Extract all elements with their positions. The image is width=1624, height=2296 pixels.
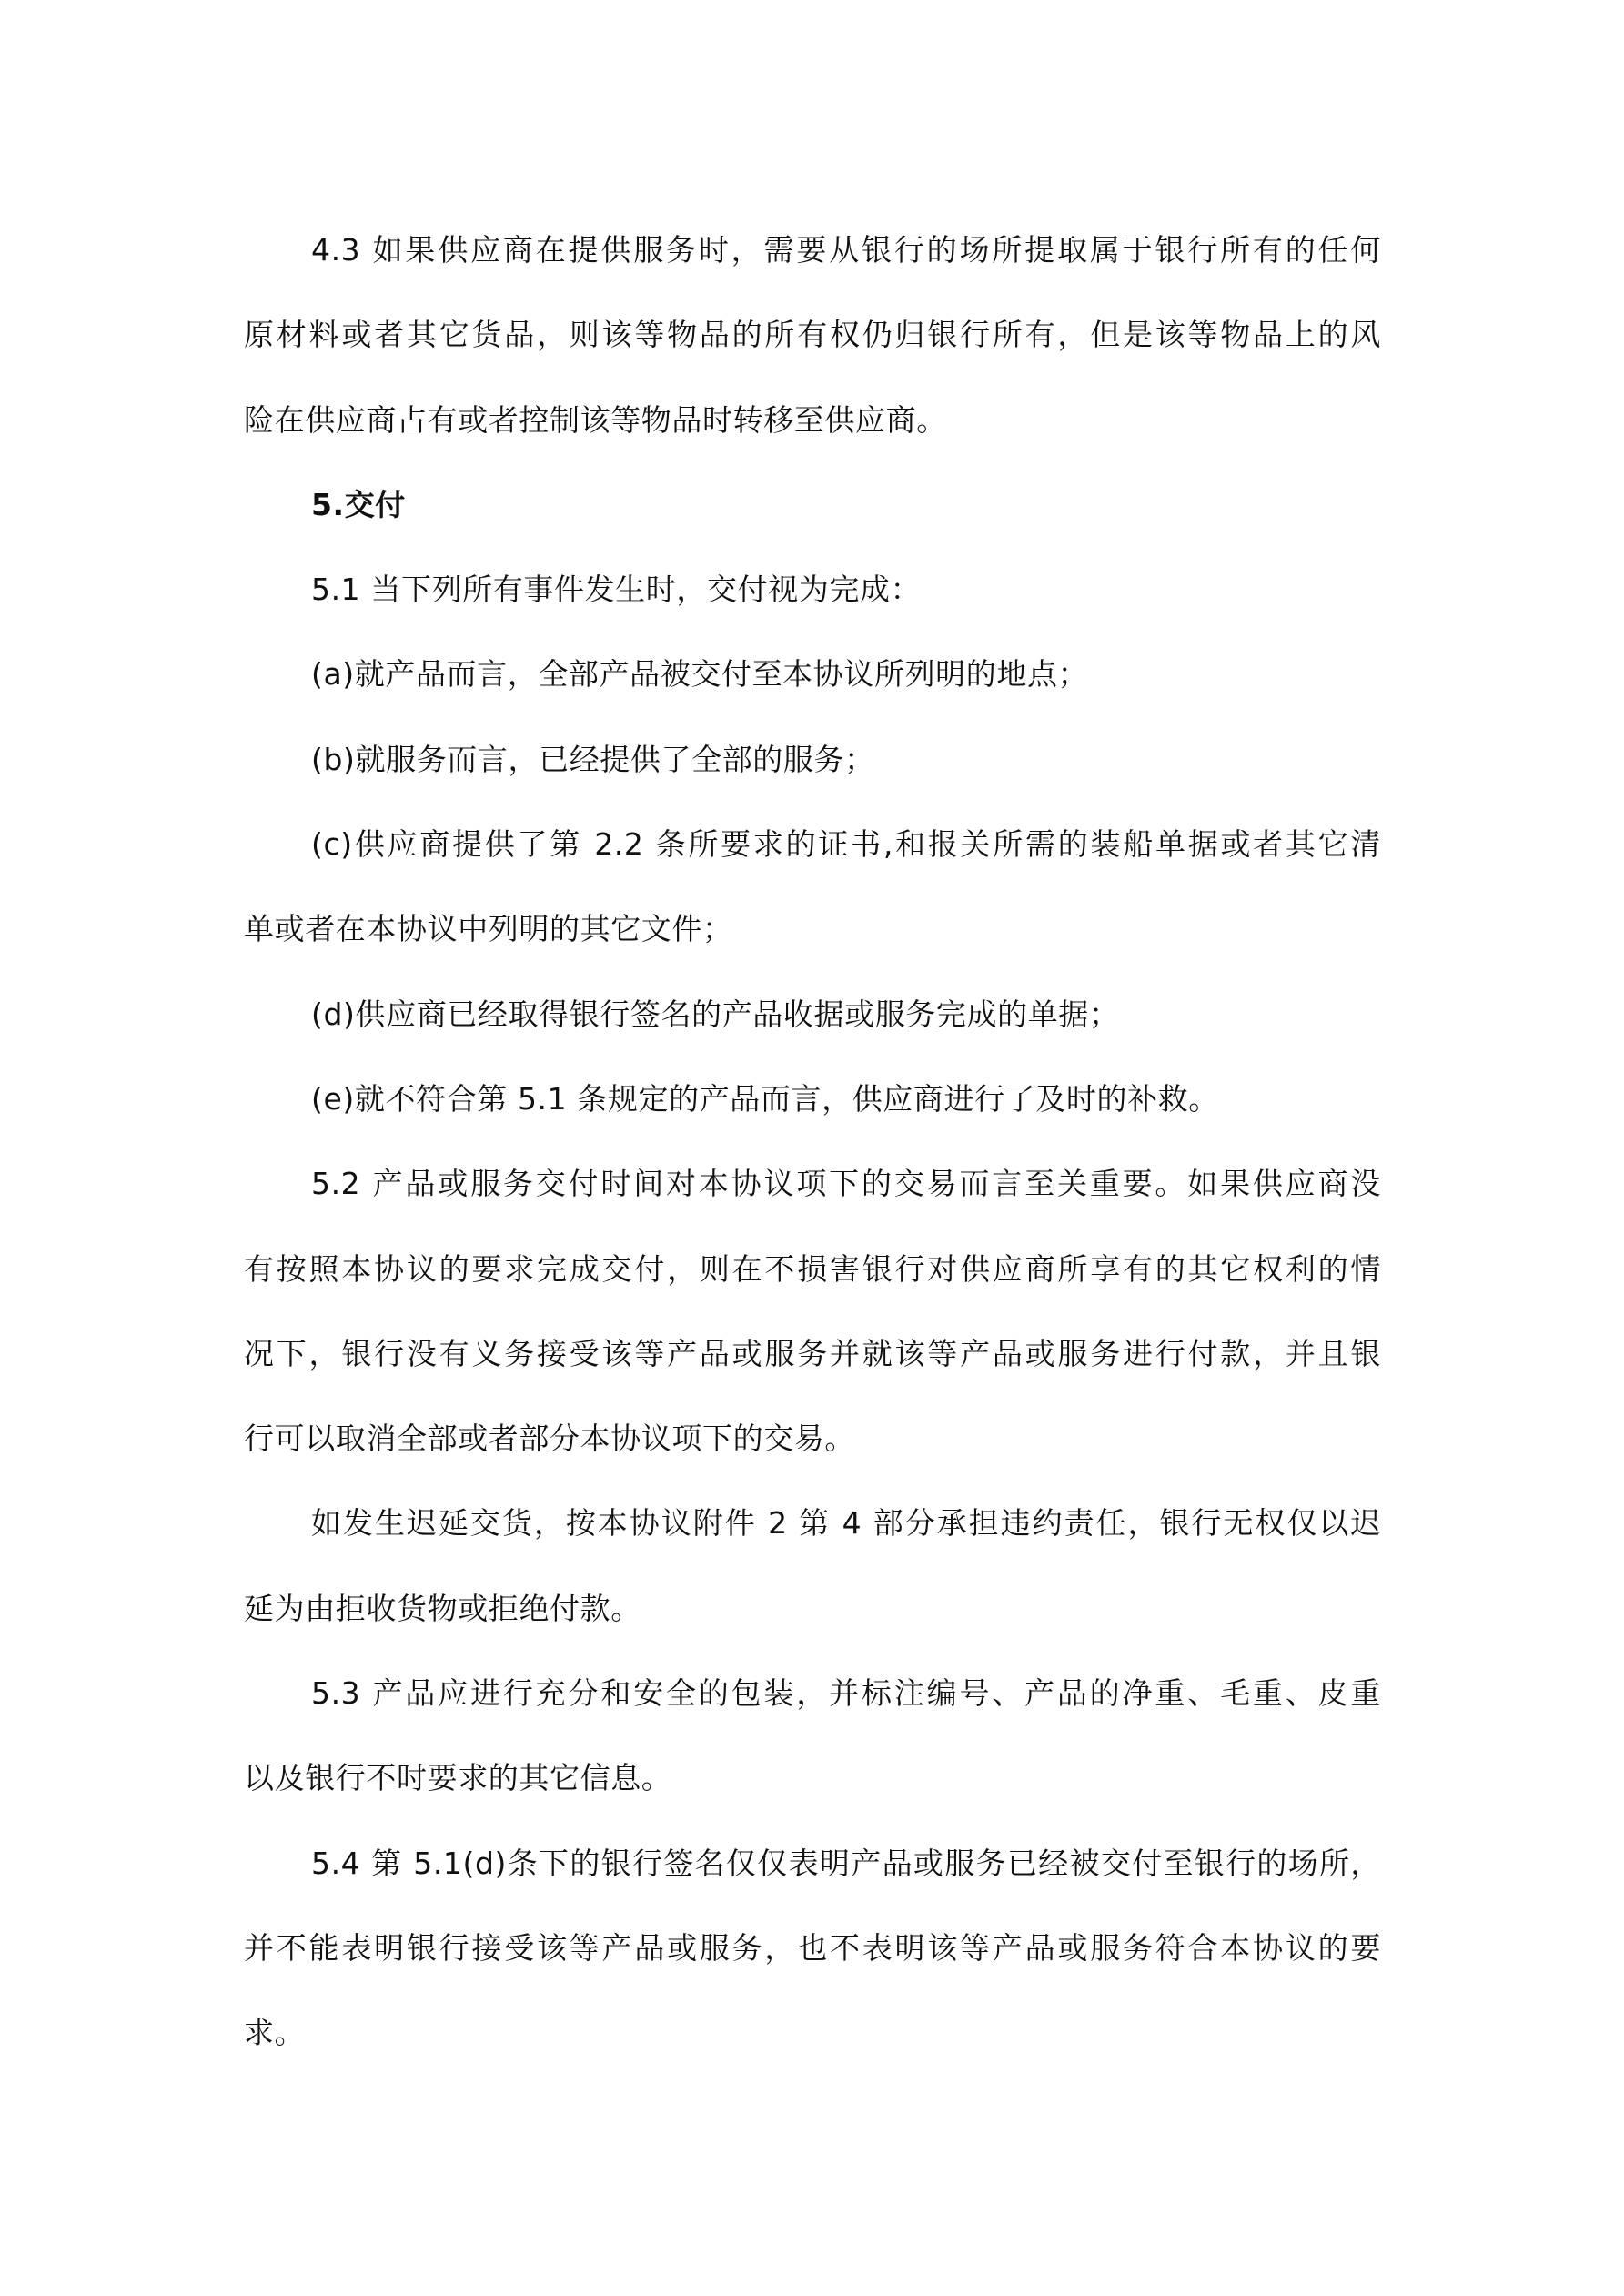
item-5-1-e: (e)就不符合第 5.1 条规定的产品而言，供应商进行了及时的补救。 bbox=[244, 1057, 1381, 1141]
item-5-1-a: (a)就产品而言，全部产品被交付至本协议所列明的地点； bbox=[244, 632, 1381, 716]
item-5-1-c: (c)供应商提供了第 2.2 条所要求的证书,和报关所需的装船单据或者其它清 单… bbox=[244, 802, 1381, 972]
text-line: 有按照本协议的要求完成交付，则在不损害银行对供应商所享有的其它权利的情 bbox=[244, 1227, 1381, 1311]
clause-5-2: 5.2 产品或服务交付时间对本协议项下的交易而言至关重要。如果供应商没 有按照本… bbox=[244, 1141, 1381, 1481]
text-line: 行可以取消全部或者部分本协议项下的交易。 bbox=[244, 1396, 1381, 1481]
text-line: 5.2 产品或服务交付时间对本协议项下的交易而言至关重要。如果供应商没 bbox=[244, 1141, 1381, 1226]
document-page: 4.3 如果供应商在提供服务时，需要从银行的场所提取属于银行所有的任何 原材料或… bbox=[244, 207, 1381, 2076]
text-line: 4.3 如果供应商在提供服务时，需要从银行的场所提取属于银行所有的任何 bbox=[244, 207, 1381, 292]
text-line: 5.3 产品应进行充分和安全的包装，并标注编号、产品的净重、毛重、皮重 bbox=[244, 1651, 1381, 1735]
section-title: 5.交付 bbox=[244, 462, 1381, 547]
text-line: 如发生迟延交货，按本协议附件 2 第 4 部分承担违约责任，银行无权仅以迟 bbox=[244, 1481, 1381, 1565]
text-line: 单或者在本协议中列明的其它文件； bbox=[244, 886, 1381, 971]
text-line: (d)供应商已经取得银行签名的产品收据或服务完成的单据； bbox=[244, 972, 1381, 1057]
clause-5-4: 5.4 第 5.1(d)条下的银行签名仅仅表明产品或服务已经被交付至银行的场所，… bbox=[244, 1821, 1381, 2076]
section-heading-5: 5.交付 bbox=[244, 462, 1381, 547]
item-5-1-d: (d)供应商已经取得银行签名的产品收据或服务完成的单据； bbox=[244, 972, 1381, 1057]
item-5-1-b: (b)就服务而言，已经提供了全部的服务； bbox=[244, 717, 1381, 802]
text-line: 5.1 当下列所有事件发生时，交付视为完成： bbox=[244, 547, 1381, 632]
text-line: (c)供应商提供了第 2.2 条所要求的证书,和报关所需的装船单据或者其它清 bbox=[244, 802, 1381, 886]
clause-4-3: 4.3 如果供应商在提供服务时，需要从银行的场所提取属于银行所有的任何 原材料或… bbox=[244, 207, 1381, 462]
text-line: 以及银行不时要求的其它信息。 bbox=[244, 1735, 1381, 1820]
text-line: 5.4 第 5.1(d)条下的银行签名仅仅表明产品或服务已经被交付至银行的场所， bbox=[244, 1821, 1381, 1906]
text-line: 险在供应商占有或者控制该等物品时转移至供应商。 bbox=[244, 378, 1381, 462]
clause-5-2-delay: 如发生迟延交货，按本协议附件 2 第 4 部分承担违约责任，银行无权仅以迟 延为… bbox=[244, 1481, 1381, 1651]
text-line: (a)就产品而言，全部产品被交付至本协议所列明的地点； bbox=[244, 632, 1381, 716]
text-line: 延为由拒收货物或拒绝付款。 bbox=[244, 1566, 1381, 1651]
text-line: 求。 bbox=[244, 1990, 1381, 2075]
text-line: 原材料或者其它货品，则该等物品的所有权仍归银行所有，但是该等物品上的风 bbox=[244, 292, 1381, 377]
clause-5-1: 5.1 当下列所有事件发生时，交付视为完成： bbox=[244, 547, 1381, 632]
clause-5-3: 5.3 产品应进行充分和安全的包装，并标注编号、产品的净重、毛重、皮重 以及银行… bbox=[244, 1651, 1381, 1821]
text-line: (e)就不符合第 5.1 条规定的产品而言，供应商进行了及时的补救。 bbox=[244, 1057, 1381, 1141]
text-line: (b)就服务而言，已经提供了全部的服务； bbox=[244, 717, 1381, 802]
text-line: 并不能表明银行接受该等产品或服务，也不表明该等产品或服务符合本协议的要 bbox=[244, 1906, 1381, 1990]
text-line: 况下，银行没有义务接受该等产品或服务并就该等产品或服务进行付款，并且银 bbox=[244, 1311, 1381, 1396]
